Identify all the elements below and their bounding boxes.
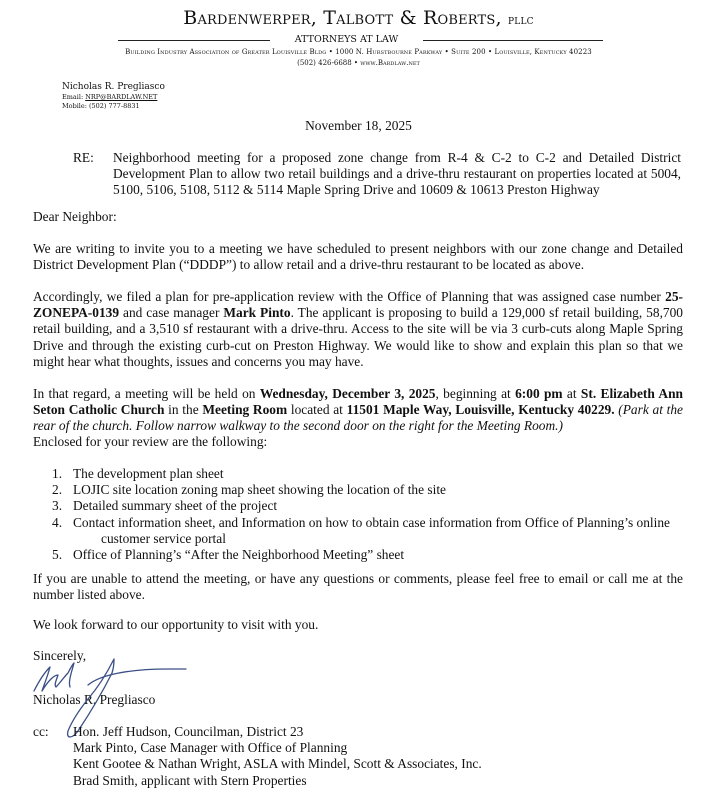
enclosures-list: 1. The development plan sheet 2. LOJIC s… <box>52 466 682 563</box>
meeting-room: Meeting Room <box>202 402 287 417</box>
re-subject-line1: Neighborhood meeting for a proposed zone… <box>113 150 681 182</box>
divider-right <box>423 40 603 41</box>
list-item: 4. Contact information sheet, and Inform… <box>52 515 682 547</box>
list-number: 5. <box>52 547 62 563</box>
paragraph-contact: If you are unable to attend the meeting,… <box>33 571 683 603</box>
text-span: Accordingly, we filed a plan for pre-app… <box>33 289 665 304</box>
cc-recipient: Mark Pinto, Case Manager with Office of … <box>73 740 482 756</box>
paragraph-invitation: We are writing to invite you to a meetin… <box>33 241 683 273</box>
re-subject-line2: 5100, 5106, 5108, 5112 & 5114 Maple Spri… <box>113 182 681 198</box>
tagline-row: ATTORNEYS AT LAW <box>118 33 602 47</box>
text-span: , beginning at <box>436 386 516 401</box>
text-span: located at <box>287 402 346 417</box>
list-item: 1. The development plan sheet <box>52 466 682 482</box>
list-text: Office of Planning’s “After the Neighbor… <box>73 547 404 562</box>
firm-phone-website: (502) 426-6688 • www.Bardlaw.net <box>0 58 717 69</box>
re-label: RE: <box>73 150 94 166</box>
meeting-address: 11501 Maple Way, Louisville, Kentucky 40… <box>347 402 615 417</box>
sender-email-link[interactable]: NRP@BARDLAW.NET <box>85 93 157 101</box>
sender-email-label: Email: <box>62 93 85 101</box>
list-text: The development plan sheet <box>73 466 224 481</box>
paragraph-meeting-details: In that regard, a meeting will be held o… <box>33 386 683 435</box>
re-subject: Neighborhood meeting for a proposed zone… <box>113 150 681 199</box>
text-span: In that regard, a meeting will be held o… <box>33 386 260 401</box>
signatory-name: Nicholas R. Pregliasco <box>33 692 155 708</box>
list-text-continued: customer service portal <box>73 531 682 547</box>
text-span: at <box>563 386 581 401</box>
list-text: Contact information sheet, and Informati… <box>73 515 670 530</box>
greeting: Dear Neighbor: <box>33 209 683 225</box>
list-item: 2. LOJIC site location zoning map sheet … <box>52 482 682 498</box>
sender-email-line: Email: NRP@BARDLAW.NET <box>62 93 165 102</box>
firm-name: Bardenwerper, Talbott & Roberts, pllc <box>0 7 717 32</box>
firm-suffix: pllc <box>508 13 534 28</box>
list-number: 2. <box>52 482 62 498</box>
enclosures-intro: Enclosed for your review are the followi… <box>33 434 683 450</box>
list-text: LOJIC site location zoning map sheet sho… <box>73 482 446 497</box>
sender-block: Nicholas R. Pregliasco Email: NRP@BARDLA… <box>62 81 165 110</box>
paragraph-closing-remark: We look forward to our opportunity to vi… <box>33 617 683 633</box>
cc-recipient: Kent Gootee & Nathan Wright, ASLA with M… <box>73 756 482 772</box>
letter-date: November 18, 2025 <box>0 118 717 134</box>
text-span: in the <box>164 402 202 417</box>
tagline: ATTORNEYS AT LAW <box>270 33 423 47</box>
closing: Sincerely, <box>33 648 683 664</box>
list-number: 1. <box>52 466 62 482</box>
divider-left <box>118 40 270 41</box>
case-manager: Mark Pinto <box>223 305 290 320</box>
firm-name-text: Bardenwerper, Talbott & Roberts, <box>183 7 501 29</box>
cc-recipient: Brad Smith, applicant with Stern Propert… <box>73 773 482 789</box>
cc-recipient: Hon. Jeff Hudson, Councilman, District 2… <box>73 724 482 740</box>
cc-label: cc: <box>33 724 49 740</box>
list-number: 3. <box>52 498 62 514</box>
paragraph-application: Accordingly, we filed a plan for pre-app… <box>33 289 683 370</box>
list-number: 4. <box>52 515 62 531</box>
list-item: 3. Detailed summary sheet of the project <box>52 498 682 514</box>
sender-name: Nicholas R. Pregliasco <box>62 81 165 93</box>
list-text: Detailed summary sheet of the project <box>73 498 277 513</box>
sender-mobile: Mobile: (502) 777-8831 <box>62 102 165 111</box>
cc-recipients: Hon. Jeff Hudson, Councilman, District 2… <box>73 724 482 789</box>
meeting-time: 6:00 pm <box>515 386 562 401</box>
firm-address: Building Industry Association of Greater… <box>0 47 717 58</box>
meeting-date: Wednesday, December 3, 2025 <box>260 386 436 401</box>
list-item: 5. Office of Planning’s “After the Neigh… <box>52 547 682 563</box>
text-span: and case manager <box>119 305 223 320</box>
